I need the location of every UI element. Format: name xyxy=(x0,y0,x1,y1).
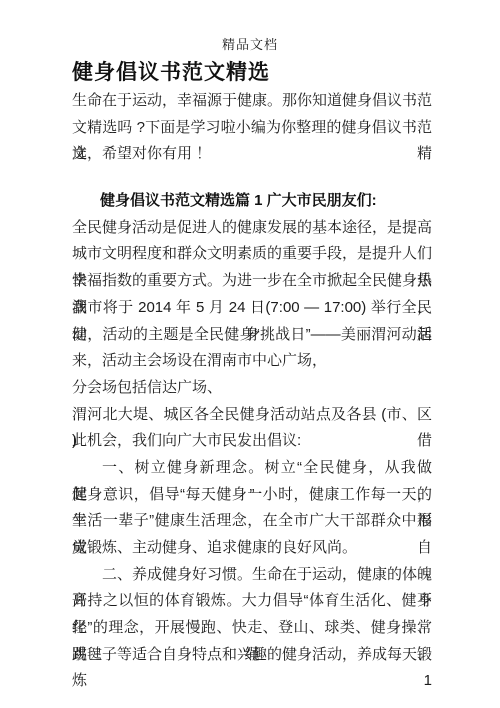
text-line: 幸福指数的重要方式。为进一步在全市掀起全民健身热潮， xyxy=(72,268,432,295)
document-title: 健身倡议书范文精选 xyxy=(72,56,440,86)
text-line: 渭河北大堤、城区各全民健身活动站点及各县 (市、区 )。借 xyxy=(72,402,432,429)
text-line: 开持之以恒的体育锻炼。大力倡导“体育生活化、健身经常 xyxy=(72,588,432,615)
text-line: 城市文明程度和群众文明素质的重要手段，是提升人们快乐 xyxy=(72,241,432,268)
document-header-label: 精品文档 xyxy=(0,34,500,53)
text-line: 化”的理念，开展慢跑、快走、登山、球类、健身操、跳绳、 xyxy=(72,615,432,642)
text-line: 二、养成健身好习惯。生命在于运动，健康的体魄离不 xyxy=(72,562,432,589)
section-heading: 健身倡议书范文精选篇 1 广大市民朋友们: xyxy=(72,188,432,215)
document-body: 生命在于运动，幸福源于健康。那你知道健身倡议书范 文精选吗 ?下面是学习啦小编为… xyxy=(72,88,432,668)
text-line: 我市将于 2014 年 5 月 24 日(7:00 — 17:00) 举行全民健… xyxy=(72,295,432,322)
text-line: 全民健身活动是促进人的健康发展的基本途径，是提高 xyxy=(72,215,432,242)
text-line: 生活一辈子”健康生活理念，在全市广大干部群众中形成自 xyxy=(72,508,432,535)
text-line: 分会场包括信达广场、 xyxy=(72,375,432,402)
text-line: 文精选吗 ?下面是学习啦小编为你整理的健身倡议书范文精 xyxy=(72,115,432,142)
text-line: 动，活动的主题是全民健身“挑战日”——美丽渭河动起 xyxy=(72,322,432,349)
text-line: 来，活动主会场设在渭南市中心广场， xyxy=(72,348,432,375)
text-line: 踢毽子等适合自身特点和兴趣的健身活动，养成每天锻炼 1 xyxy=(72,642,432,669)
text-line: 生命在于运动，幸福源于健康。那你知道健身倡议书范 xyxy=(72,88,432,115)
document-page: 精品文档 健身倡议书范文精选 生命在于运动，幸福源于健康。那你知道健身倡议书范 … xyxy=(0,0,500,708)
text-line: 一、树立健身新理念。树立“全民健身，从我做起”的 xyxy=(72,455,432,482)
text-line: 健身意识，倡导“每天健身一小时，健康工作每一天，幸福 xyxy=(72,482,432,509)
